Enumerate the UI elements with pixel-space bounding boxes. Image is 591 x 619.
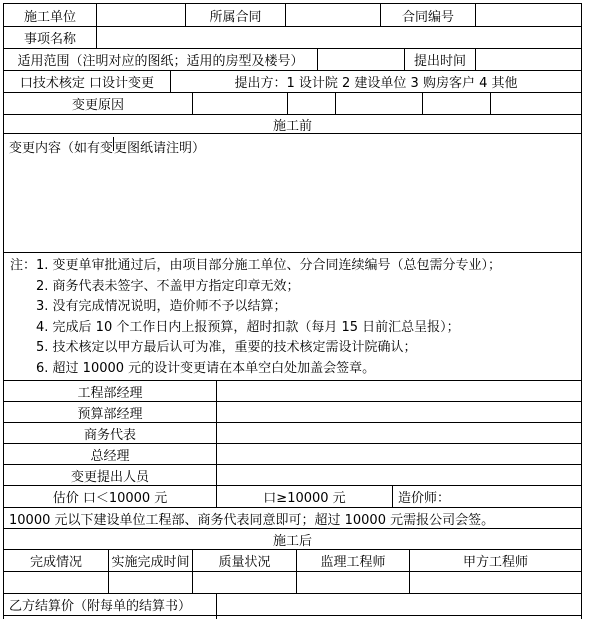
change-type-checkboxes[interactable]: 口技术核定 口设计变更	[4, 71, 171, 93]
commerce-rep-sign-cell[interactable]	[217, 423, 582, 444]
row-after-columns: 完成情况 实施完成时间 质量状况 监理工程师 甲方工程师	[4, 550, 582, 572]
row-item-name: 事项名称	[4, 27, 582, 49]
contract-no-label: 合同编号	[381, 4, 476, 27]
note-line-6: 6. 超过 10000 元的设计变更请在本单空白处加盖会签章。	[10, 359, 575, 380]
contract-no-value-cell[interactable]	[476, 4, 582, 27]
change-reason-label: 变更原因	[4, 93, 193, 115]
proposer-options-label: 提出方：1 设计院 2 建设单位 3 购房客户 4 其他	[171, 71, 582, 93]
item-name-value-cell[interactable]	[97, 27, 582, 49]
note-line-3: 3. 没有完成情况说明，造价师不予以结算；	[10, 297, 575, 318]
row-estimate: 估价 口＜10000 元 口≥10000 元 造价师：	[4, 486, 582, 508]
row-change-reason: 变更原因	[4, 93, 582, 115]
change-reason-cell-1[interactable]	[193, 93, 288, 115]
budget-manager-sign-cell[interactable]	[217, 402, 582, 423]
estimate-ge-checkbox[interactable]: 口≥10000 元	[217, 486, 393, 508]
row-settlement: 乙方结算价（附每单的结算书）	[4, 594, 582, 616]
change-proposer-label: 变更提出人员	[4, 465, 217, 486]
appraiser-label: 造价师：	[393, 486, 582, 508]
notes-cell: 注：1. 变更单审批通过后，由项目部分施工单位、分合同连续编号（总包需分专业）；…	[4, 253, 582, 381]
change-reason-cell-3[interactable]	[336, 93, 423, 115]
estimate-lt-checkbox[interactable]: 估价 口＜10000 元	[4, 486, 217, 508]
col-completion-time: 实施完成时间	[109, 550, 193, 572]
change-reason-cell-2[interactable]	[288, 93, 336, 115]
col-quality-status: 质量状况	[193, 550, 297, 572]
commerce-rep-label: 商务代表	[4, 423, 217, 444]
change-content-label-part1: 变更内容（如有变	[9, 137, 113, 156]
row-general-manager: 总经理	[4, 444, 582, 465]
budget-manager-label: 预算部经理	[4, 402, 217, 423]
general-manager-label: 总经理	[4, 444, 217, 465]
row-basic-info: 施工单位 所属合同 合同编号	[4, 4, 582, 27]
contract-label: 所属合同	[186, 4, 286, 27]
row-change-proposer: 变更提出人员	[4, 465, 582, 486]
threshold-note: 10000 元以下建设单位工程部、商务代表同意即可；超过 10000 元需报公司…	[4, 508, 582, 529]
row-scope: 适用范围（注明对应的图纸；适用的房型及楼号） 提出时间	[4, 49, 582, 71]
general-manager-sign-cell[interactable]	[217, 444, 582, 465]
owner-engineer-cell[interactable]	[410, 572, 582, 594]
settlement-value-cell[interactable]	[217, 594, 582, 616]
note-line-4: 4. 完成后 10 个工作日内上报预算，超时扣款（每月 15 日前汇总呈报）；	[10, 318, 575, 339]
change-reason-cell-4[interactable]	[423, 93, 491, 115]
row-engineering-manager: 工程部经理	[4, 381, 582, 402]
completion-time-cell[interactable]	[109, 572, 193, 594]
row-after-header: 施工后	[4, 529, 582, 550]
scope-label: 适用范围（注明对应的图纸；适用的房型及楼号）	[4, 49, 318, 71]
propose-time-value-cell[interactable]	[476, 49, 582, 71]
notes-prefix: 注：	[10, 258, 36, 273]
quality-status-cell[interactable]	[193, 572, 297, 594]
construction-unit-value-cell[interactable]	[97, 4, 186, 27]
note-item-1: 1. 变更单审批通过后，由项目部分施工单位、分合同连续编号（总包需分专业）；	[36, 258, 501, 273]
item-name-label: 事项名称	[4, 27, 97, 49]
row-change-content: 变更内容（如有变更图纸请注明）	[4, 134, 582, 253]
col-completion-status: 完成情况	[4, 550, 109, 572]
note-line-5: 5. 技术核定以甲方最后认可为准，重要的技术核定需设计院确认；	[10, 338, 575, 359]
after-section-title: 施工后	[4, 529, 582, 550]
change-content-label-part2: 更图纸请注明）	[114, 137, 205, 156]
change-order-form-table: 施工单位 所属合同 合同编号 事项名称 适用范围（注明对应的图纸；适用的房型及楼…	[3, 3, 582, 619]
note-line-2: 2. 商务代表未签字、不盖甲方指定印章无效；	[10, 277, 575, 298]
row-budget-manager: 预算部经理	[4, 402, 582, 423]
change-reason-cell-5[interactable]	[491, 93, 582, 115]
change-proposer-sign-cell[interactable]	[217, 465, 582, 486]
col-owner-engineer: 甲方工程师	[410, 550, 582, 572]
row-change-type: 口技术核定 口设计变更 提出方：1 设计院 2 建设单位 3 购房客户 4 其他	[4, 71, 582, 93]
row-before-header: 施工前	[4, 115, 582, 134]
scope-value-cell[interactable]	[318, 49, 405, 71]
engineering-manager-label: 工程部经理	[4, 381, 217, 402]
col-supervision-engineer: 监理工程师	[297, 550, 410, 572]
row-after-values	[4, 572, 582, 594]
note-line-1: 注：1. 变更单审批通过后，由项目部分施工单位、分合同连续编号（总包需分专业）；	[10, 256, 575, 277]
before-section-title: 施工前	[4, 115, 582, 134]
change-content-cell[interactable]: 变更内容（如有变更图纸请注明）	[4, 134, 582, 253]
engineering-manager-sign-cell[interactable]	[217, 381, 582, 402]
completion-status-cell[interactable]	[4, 572, 109, 594]
propose-time-label: 提出时间	[405, 49, 476, 71]
row-threshold-note: 10000 元以下建设单位工程部、商务代表同意即可；超过 10000 元需报公司…	[4, 508, 582, 529]
settlement-label: 乙方结算价（附每单的结算书）	[4, 594, 217, 616]
row-notes: 注：1. 变更单审批通过后，由项目部分施工单位、分合同连续编号（总包需分专业）；…	[4, 253, 582, 381]
row-commerce-rep: 商务代表	[4, 423, 582, 444]
supervision-engineer-cell[interactable]	[297, 572, 410, 594]
construction-unit-label: 施工单位	[4, 4, 97, 27]
contract-value-cell[interactable]	[286, 4, 381, 27]
